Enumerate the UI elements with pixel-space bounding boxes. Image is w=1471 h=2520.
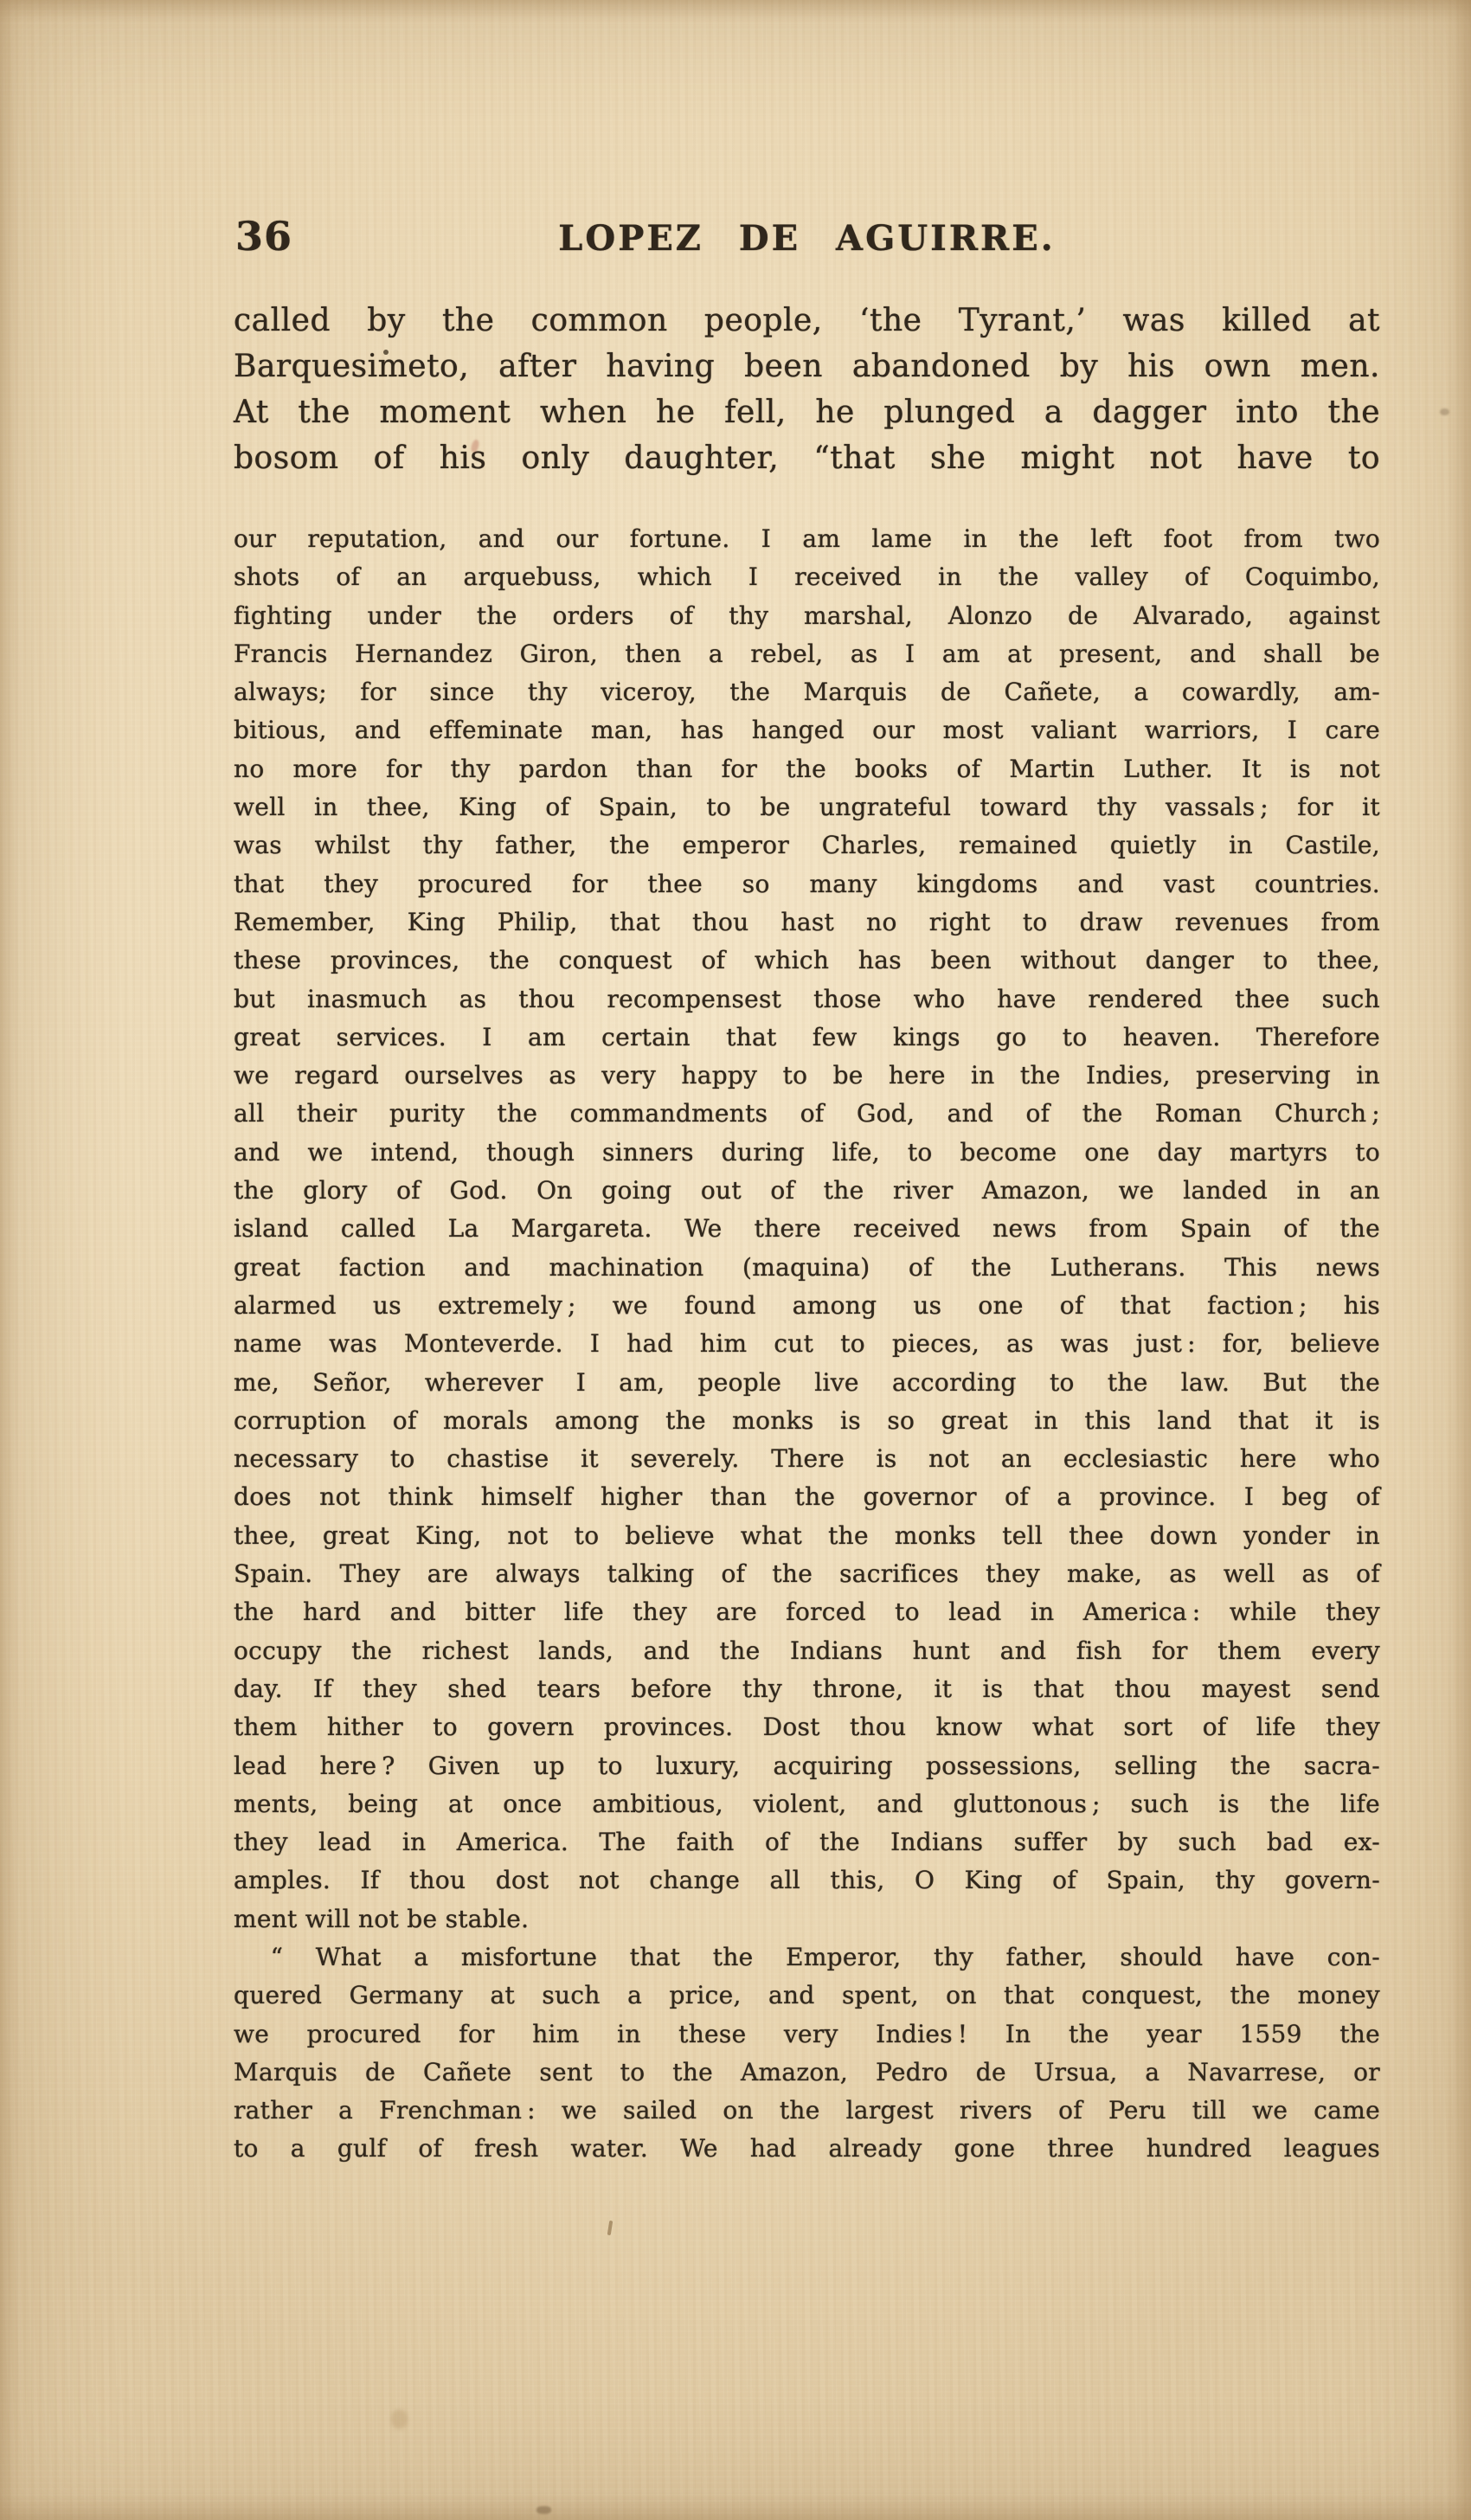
text-line: day. If they shed tears before thy thron… bbox=[234, 1670, 1380, 1708]
text-line: great faction and machination (maquina) … bbox=[234, 1249, 1380, 1287]
paper-fleck bbox=[536, 2506, 551, 2514]
text-line: amples. If thou dost not change all this… bbox=[234, 1861, 1380, 1900]
text-line: bitious, and effeminate man, has hanged … bbox=[234, 711, 1380, 749]
text-line: Remember, King Philip, that thou hast no… bbox=[234, 903, 1380, 942]
text-line: no more for thy pardon than for the book… bbox=[234, 750, 1380, 788]
text-line: rather a Frenchman : we sailed on the la… bbox=[234, 2092, 1380, 2130]
text-line: alarmed us extremely ; we found among us… bbox=[234, 1287, 1380, 1325]
text-line: them hither to govern provinces. Dost th… bbox=[234, 1708, 1380, 1746]
text-line: our reputation, and our fortune. I am la… bbox=[234, 520, 1380, 558]
intro-paragraph: called by the common people, ‘the Tyrant… bbox=[234, 298, 1380, 481]
text-line: that they procured for thee so many king… bbox=[234, 865, 1380, 903]
text-line: necessary to chastise it severely. There… bbox=[234, 1440, 1380, 1478]
text-line: was whilst thy father, the emperor Charl… bbox=[234, 826, 1380, 865]
text-line: we regard ourselves as very happy to be … bbox=[234, 1057, 1380, 1095]
text-line: always; for since thy viceroy, the Marqu… bbox=[234, 673, 1380, 711]
text-line: me, Señor, wherever I am, people live ac… bbox=[234, 1364, 1380, 1402]
text-line: At the moment when he fell, he plunged a… bbox=[234, 389, 1380, 435]
text-line: all their purity the commandments of God… bbox=[234, 1095, 1380, 1133]
text-line: thee, great King, not to believe what th… bbox=[234, 1517, 1380, 1555]
text-line: Spain. They are always talking of the sa… bbox=[234, 1555, 1380, 1593]
text-line: shots of an arquebuss, which I received … bbox=[234, 558, 1380, 596]
text-line: great services. I am certain that few ki… bbox=[234, 1019, 1380, 1057]
text-line: they lead in America. The faith of the I… bbox=[234, 1823, 1380, 1861]
text-line: these provinces, the conquest of which h… bbox=[234, 942, 1380, 980]
text-line: called by the common people, ‘the Tyrant… bbox=[234, 298, 1380, 344]
text-line: we procured for him in these very Indies… bbox=[234, 2015, 1380, 2054]
book-page: 36 LOPEZ DE AGUIRRE. called by the commo… bbox=[0, 0, 1471, 2520]
text-line: the glory of God. On going out of the ri… bbox=[234, 1172, 1380, 1210]
text-line: lead here ? Given up to luxury, acquirin… bbox=[234, 1747, 1380, 1785]
letter-paragraph: our reputation, and our fortune. I am la… bbox=[234, 520, 1380, 2169]
text-line: ments, being at once ambitious, violent,… bbox=[234, 1785, 1380, 1823]
text-line: corruption of morals among the monks is … bbox=[234, 1402, 1380, 1440]
running-header: LOPEZ DE AGUIRRE. bbox=[234, 220, 1380, 258]
text-line: and we intend, though sinners during lif… bbox=[234, 1134, 1380, 1172]
text-line: island called La Margareta. We there rec… bbox=[234, 1210, 1380, 1248]
text-line: to a gulf of fresh water. We had already… bbox=[234, 2130, 1380, 2168]
paper-fleck bbox=[607, 2221, 613, 2235]
text-line: Marquis de Cañete sent to the Amazon, Pe… bbox=[234, 2054, 1380, 2092]
paper-fleck bbox=[391, 2409, 408, 2429]
text-line: Francis Hernandez Giron, then a rebel, a… bbox=[234, 635, 1380, 673]
text-line: Barquesimeto, after having been abandone… bbox=[234, 344, 1380, 389]
text-line: does not think himself higher than the g… bbox=[234, 1478, 1380, 1516]
paper-fleck bbox=[1440, 408, 1449, 415]
text-line: ment will not be stable. bbox=[234, 1900, 1380, 1938]
text-line: quered Germany at such a price, and spen… bbox=[234, 1977, 1380, 2015]
text-line: well in thee, King of Spain, to be ungra… bbox=[234, 788, 1380, 826]
text-line: the hard and bitter life they are forced… bbox=[234, 1593, 1380, 1631]
text-line: “ What a misfortune that the Emperor, th… bbox=[234, 1938, 1380, 1977]
text-line: fighting under the orders of thy marshal… bbox=[234, 597, 1380, 635]
text-line: bosom of his only daughter, “that she mi… bbox=[234, 435, 1380, 481]
text-line: name was Monteverde. I had him cut to pi… bbox=[234, 1325, 1380, 1363]
text-line: but inasmuch as thou recompensest those … bbox=[234, 980, 1380, 1019]
text-line: occupy the richest lands, and the Indian… bbox=[234, 1632, 1380, 1670]
